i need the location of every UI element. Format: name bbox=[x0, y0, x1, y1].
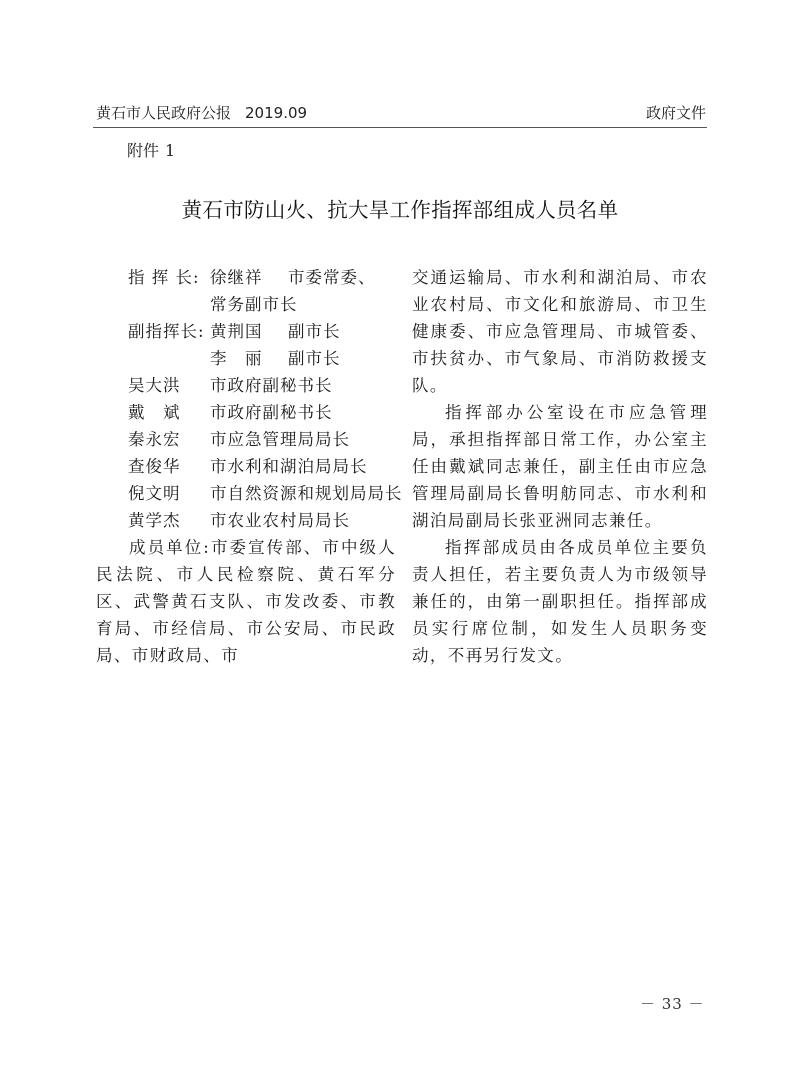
member-units-label: 成员单位: bbox=[129, 538, 210, 557]
right-column: 交通运输局、市水利和湖泊局、市农业农村局、市文化和旅游局、市卫生健康委、市应急管… bbox=[412, 264, 708, 669]
member-name: 黄学杰 bbox=[128, 507, 181, 534]
member-name: 戴 斌 bbox=[128, 399, 181, 426]
member-name: 秦永宏 bbox=[128, 426, 181, 453]
member-units-paragraph: 成员单位:市委宣传部、市中级人民法院、市人民检察院、黄石军分区、武警黄石支队、市… bbox=[96, 534, 396, 669]
attachment-label: 附件1 bbox=[127, 140, 175, 162]
member-title: 市政府副秘书长 bbox=[210, 399, 333, 426]
leader-row: 李 丽 副市长 bbox=[96, 345, 396, 372]
leader-name: 李 丽 bbox=[210, 345, 263, 372]
member-title: 市农业农村局局长 bbox=[210, 507, 350, 534]
office-paragraph: 指挥部办公室设在市应急管理局，承担指挥部日常工作，办公室主任由戴斌同志兼任，副主… bbox=[412, 399, 708, 534]
member-units-text: 市委宣传部、市中级人民法院、市人民检察院、黄石军分区、武警黄石支队、市发改委、市… bbox=[96, 538, 396, 665]
section-name: 政府文件 bbox=[646, 103, 706, 123]
member-name: 查俊华 bbox=[128, 453, 181, 480]
publication-name: 黄石市人民政府公报 bbox=[96, 104, 231, 122]
member-title: 市政府副秘书长 bbox=[210, 372, 333, 399]
member-units-continued: 交通运输局、市水利和湖泊局、市农业农村局、市文化和旅游局、市卫生健康委、市应急管… bbox=[412, 264, 708, 399]
membership-paragraph: 指挥部成员由各成员单位主要负责人担任，若主要负责人为市级领导兼任的，由第一副职担… bbox=[412, 534, 708, 669]
member-row: 黄学杰 市农业农村局局长 bbox=[96, 507, 396, 534]
document-title: 黄石市防山火、抗大旱工作指挥部组成人员名单 bbox=[0, 196, 800, 224]
member-row: 戴 斌 市政府副秘书长 bbox=[96, 399, 396, 426]
left-column: 指 挥 长: 徐继祥 市委常委、 常务副市长 副指挥长: 黄荆国 副市长 李 丽… bbox=[96, 264, 396, 669]
member-name: 倪文明 bbox=[128, 480, 181, 507]
leader-row: 指 挥 长: 徐继祥 市委常委、 bbox=[96, 264, 396, 291]
leader-title: 市委常委、 bbox=[288, 264, 376, 291]
leader-title-continued: 常务副市长 bbox=[210, 291, 298, 318]
leader-row: 副指挥长: 黄荆国 副市长 bbox=[96, 318, 396, 345]
leader-title: 副市长 bbox=[288, 318, 341, 345]
leader-role: 指 挥 长: bbox=[128, 264, 206, 291]
leader-row: 常务副市长 bbox=[96, 291, 396, 318]
leader-name: 黄荆国 bbox=[210, 318, 263, 345]
publication-info: 黄石市人民政府公报2019.09 bbox=[96, 103, 307, 123]
member-row: 吴大洪 市政府副秘书长 bbox=[96, 372, 396, 399]
member-row: 查俊华 市水利和湖泊局局长 bbox=[96, 453, 396, 480]
leader-role: 副指挥长: bbox=[128, 318, 206, 345]
member-title: 市自然资源和规划局局长 bbox=[210, 480, 403, 507]
header-rule bbox=[93, 127, 707, 128]
issue-number: 2019.09 bbox=[245, 104, 307, 122]
member-row: 倪文明 市自然资源和规划局局长 bbox=[96, 480, 396, 507]
attachment-text: 附件 bbox=[127, 141, 159, 160]
page-number: － 33 － bbox=[640, 994, 705, 1014]
document-page: 黄石市人民政府公报2019.09 政府文件 附件1 黄石市防山火、抗大旱工作指挥… bbox=[0, 0, 800, 1085]
member-row: 秦永宏 市应急管理局局长 bbox=[96, 426, 396, 453]
leader-name: 徐继祥 bbox=[210, 264, 263, 291]
attachment-number: 1 bbox=[165, 141, 175, 160]
member-title: 市应急管理局局长 bbox=[210, 426, 350, 453]
member-name: 吴大洪 bbox=[128, 372, 181, 399]
running-header: 黄石市人民政府公报2019.09 政府文件 bbox=[96, 103, 706, 123]
leader-title: 副市长 bbox=[288, 345, 341, 372]
member-title: 市水利和湖泊局局长 bbox=[210, 453, 368, 480]
